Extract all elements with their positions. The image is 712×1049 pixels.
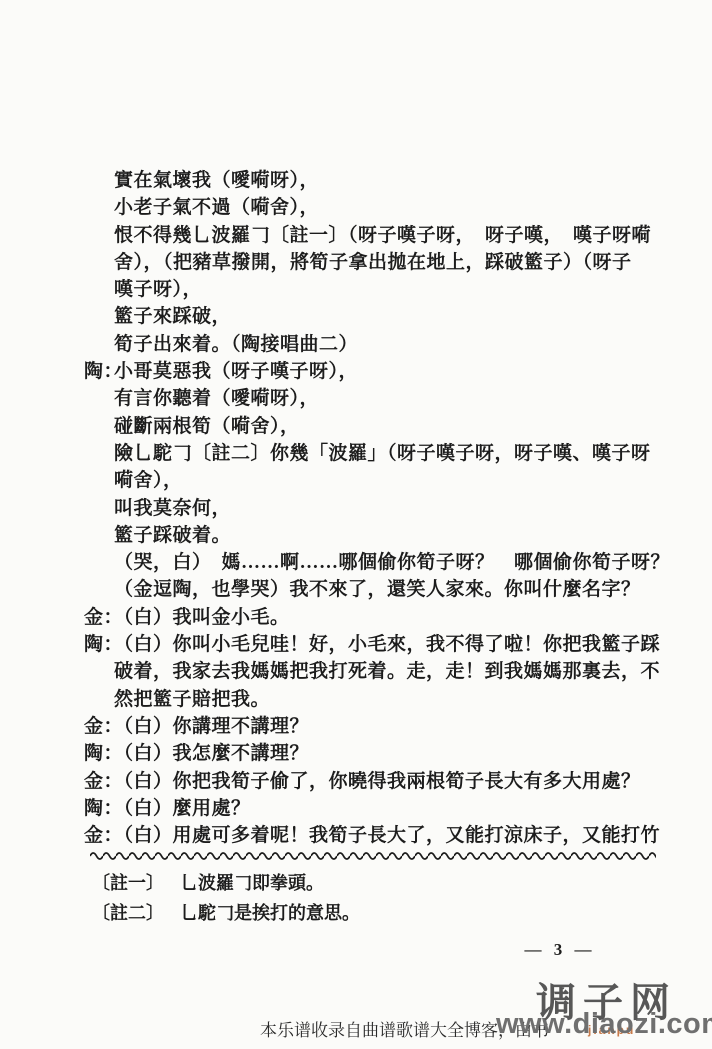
footnote-label: 〔註一〕 <box>92 873 164 893</box>
script-line: （金逗陶，也學哭）我不來了，還笑人家來。你叫什麼名字？ <box>84 576 662 603</box>
script-line: 陶：（白）麼用處？ <box>84 795 662 822</box>
script-line: 金：（白）你把我筍子偷了，你曉得我兩根筍子長大有多大用處？ <box>84 768 662 795</box>
line-text: （白）你叫小毛兒哇！好，小毛來，我不得了啦！你把我籃子踩 <box>114 634 660 655</box>
script-line: 陶：（白）我怎麼不講理？ <box>84 740 662 767</box>
script-line: 籃子踩破着。 <box>84 522 662 549</box>
script-line: 然把籃子賠把我。 <box>84 686 662 713</box>
line-text: 小哥莫惡我（呀子嘆子呀）， <box>114 361 358 382</box>
line-text: 嗬舍）， <box>114 470 183 491</box>
line-text: （哭，白） 媽……啊……哪個偷你筍子呀？ 哪個偷你筍子呀？ <box>114 552 670 573</box>
script-line: （哭，白） 媽……啊……哪個偷你筍子呀？ 哪個偷你筍子呀？ <box>84 549 662 576</box>
script-line: 有言你聽着（噯嗬呀）， <box>84 385 662 412</box>
script-line: 嗬舍）， <box>84 467 662 494</box>
footnote-label: 〔註二〕 <box>92 903 164 923</box>
script-line: 筍子出來着。（陶接唱曲二） <box>84 331 662 358</box>
line-text: 實在氣壞我（噯嗬呀）， <box>114 170 319 191</box>
line-text: 然把籃子賠把我。 <box>114 689 270 710</box>
line-text: 叫我莫奈何， <box>114 498 231 519</box>
script-line: 小老子氣不過（嗬舍）， <box>84 194 662 221</box>
wavy-divider <box>90 850 656 862</box>
footnote-text: 乚波羅𠃌即拳頭。 <box>180 873 324 893</box>
script-line: 破着，我家去我媽媽把我打死着。走，走！到我媽媽那裏去，不 <box>84 658 662 685</box>
script-line: 舍），（把豬草撥開，將筍子拿出拋在地上，踩破籃子）（呀子 <box>84 249 662 276</box>
speaker-label: 陶： <box>84 740 123 767</box>
line-text: 嘆子呀）， <box>114 279 202 300</box>
script-line: 金：（白）我叫金小毛。 <box>84 604 662 631</box>
page-number: — 3 — <box>505 940 615 960</box>
line-text: （白）我叫金小毛。 <box>114 607 290 628</box>
line-text: 小老子氣不過（嗬舍）， <box>114 197 319 218</box>
line-text: 破着，我家去我媽媽把我打死着。走，走！到我媽媽那裏去，不 <box>114 661 660 682</box>
script-line: 恨不得幾乚波羅𠃌〔註一〕（呀子嘆子呀， 呀子嘆， 嘆子呀嗬 <box>84 222 662 249</box>
speaker-label: 陶： <box>84 631 123 658</box>
line-text: 恨不得幾乚波羅𠃌〔註一〕（呀子嘆子呀， 呀子嘆， 嘆子呀嗬 <box>114 225 651 246</box>
line-text: 籃子踩破着。 <box>114 525 231 546</box>
footnote: 〔註二〕乚駝𠃌是挨打的意思。 <box>92 899 652 929</box>
speaker-label: 金： <box>84 713 123 740</box>
line-text: （白）你講理不講理？ <box>114 716 309 737</box>
watermark-site-name: 调子网 <box>536 971 677 1028</box>
script-line: 金：（白）你講理不講理？ <box>84 713 662 740</box>
footnote-text: 乚駝𠃌是挨打的意思。 <box>180 903 360 923</box>
speaker-label: 金： <box>84 768 123 795</box>
script-line: 陶：小哥莫惡我（呀子嘆子呀）， <box>84 358 662 385</box>
footnote: 〔註一〕乚波羅𠃌即拳頭。 <box>92 869 652 899</box>
speaker-label: 金： <box>84 822 123 849</box>
script-line: 叫我莫奈何， <box>84 495 662 522</box>
script-text-block: 實在氣壞我（噯嗬呀）， 小老子氣不過（嗬舍）， 恨不得幾乚波羅𠃌〔註一〕（呀子嘆… <box>84 167 662 849</box>
line-text: （白）用處可多着呢！我筍子長大了，又能打涼床子，又能打竹 <box>114 825 660 846</box>
script-line: 險乚駝𠃌〔註二〕你幾「波羅」（呀子嘆子呀，呀子嘆、嘆子呀 <box>84 440 662 467</box>
line-text: （白）麼用處？ <box>114 798 251 819</box>
scanned-script-page: 實在氣壞我（噯嗬呀）， 小老子氣不過（嗬舍）， 恨不得幾乚波羅𠃌〔註一〕（呀子嘆… <box>0 0 712 1049</box>
line-text: （金逗陶，也學哭）我不來了，還笑人家來。你叫什麼名字？ <box>114 579 641 600</box>
speaker-label: 陶： <box>84 795 123 822</box>
script-line: 實在氣壞我（噯嗬呀）， <box>84 167 662 194</box>
script-line: 陶：（白）你叫小毛兒哇！好，小毛來，我不得了啦！你把我籃子踩 <box>84 631 662 658</box>
line-text: 筍子出來着。（陶接唱曲二） <box>114 334 358 355</box>
script-line: 嘆子呀）， <box>84 276 662 303</box>
line-text: 有言你聽着（噯嗬呀）， <box>114 388 319 409</box>
line-text: 籃子來踩破， <box>114 306 231 327</box>
line-text: （白）你把我筍子偷了，你曉得我兩根筍子長大有多大用處？ <box>114 771 641 792</box>
speaker-label: 陶： <box>84 358 123 385</box>
line-text: 險乚駝𠃌〔註二〕你幾「波羅」（呀子嘆子呀，呀子嘆、嘆子呀 <box>114 443 651 464</box>
footnotes-block: 〔註一〕乚波羅𠃌即拳頭。 〔註二〕乚駝𠃌是挨打的意思。 <box>92 869 652 928</box>
line-text: （白）我怎麼不講理？ <box>114 743 309 764</box>
script-line: 金：（白）用處可多着呢！我筍子長大了，又能打涼床子，又能打竹 <box>84 822 662 849</box>
line-text: 舍），（把豬草撥開，將筍子拿出拋在地上，踩破籃子）（呀子 <box>114 252 632 273</box>
script-line: 碰斷兩根筍（嗬舍）， <box>84 413 662 440</box>
speaker-label: 金： <box>84 604 123 631</box>
script-line: 籃子來踩破， <box>84 303 662 330</box>
line-text: 碰斷兩根筍（嗬舍）， <box>114 416 300 437</box>
